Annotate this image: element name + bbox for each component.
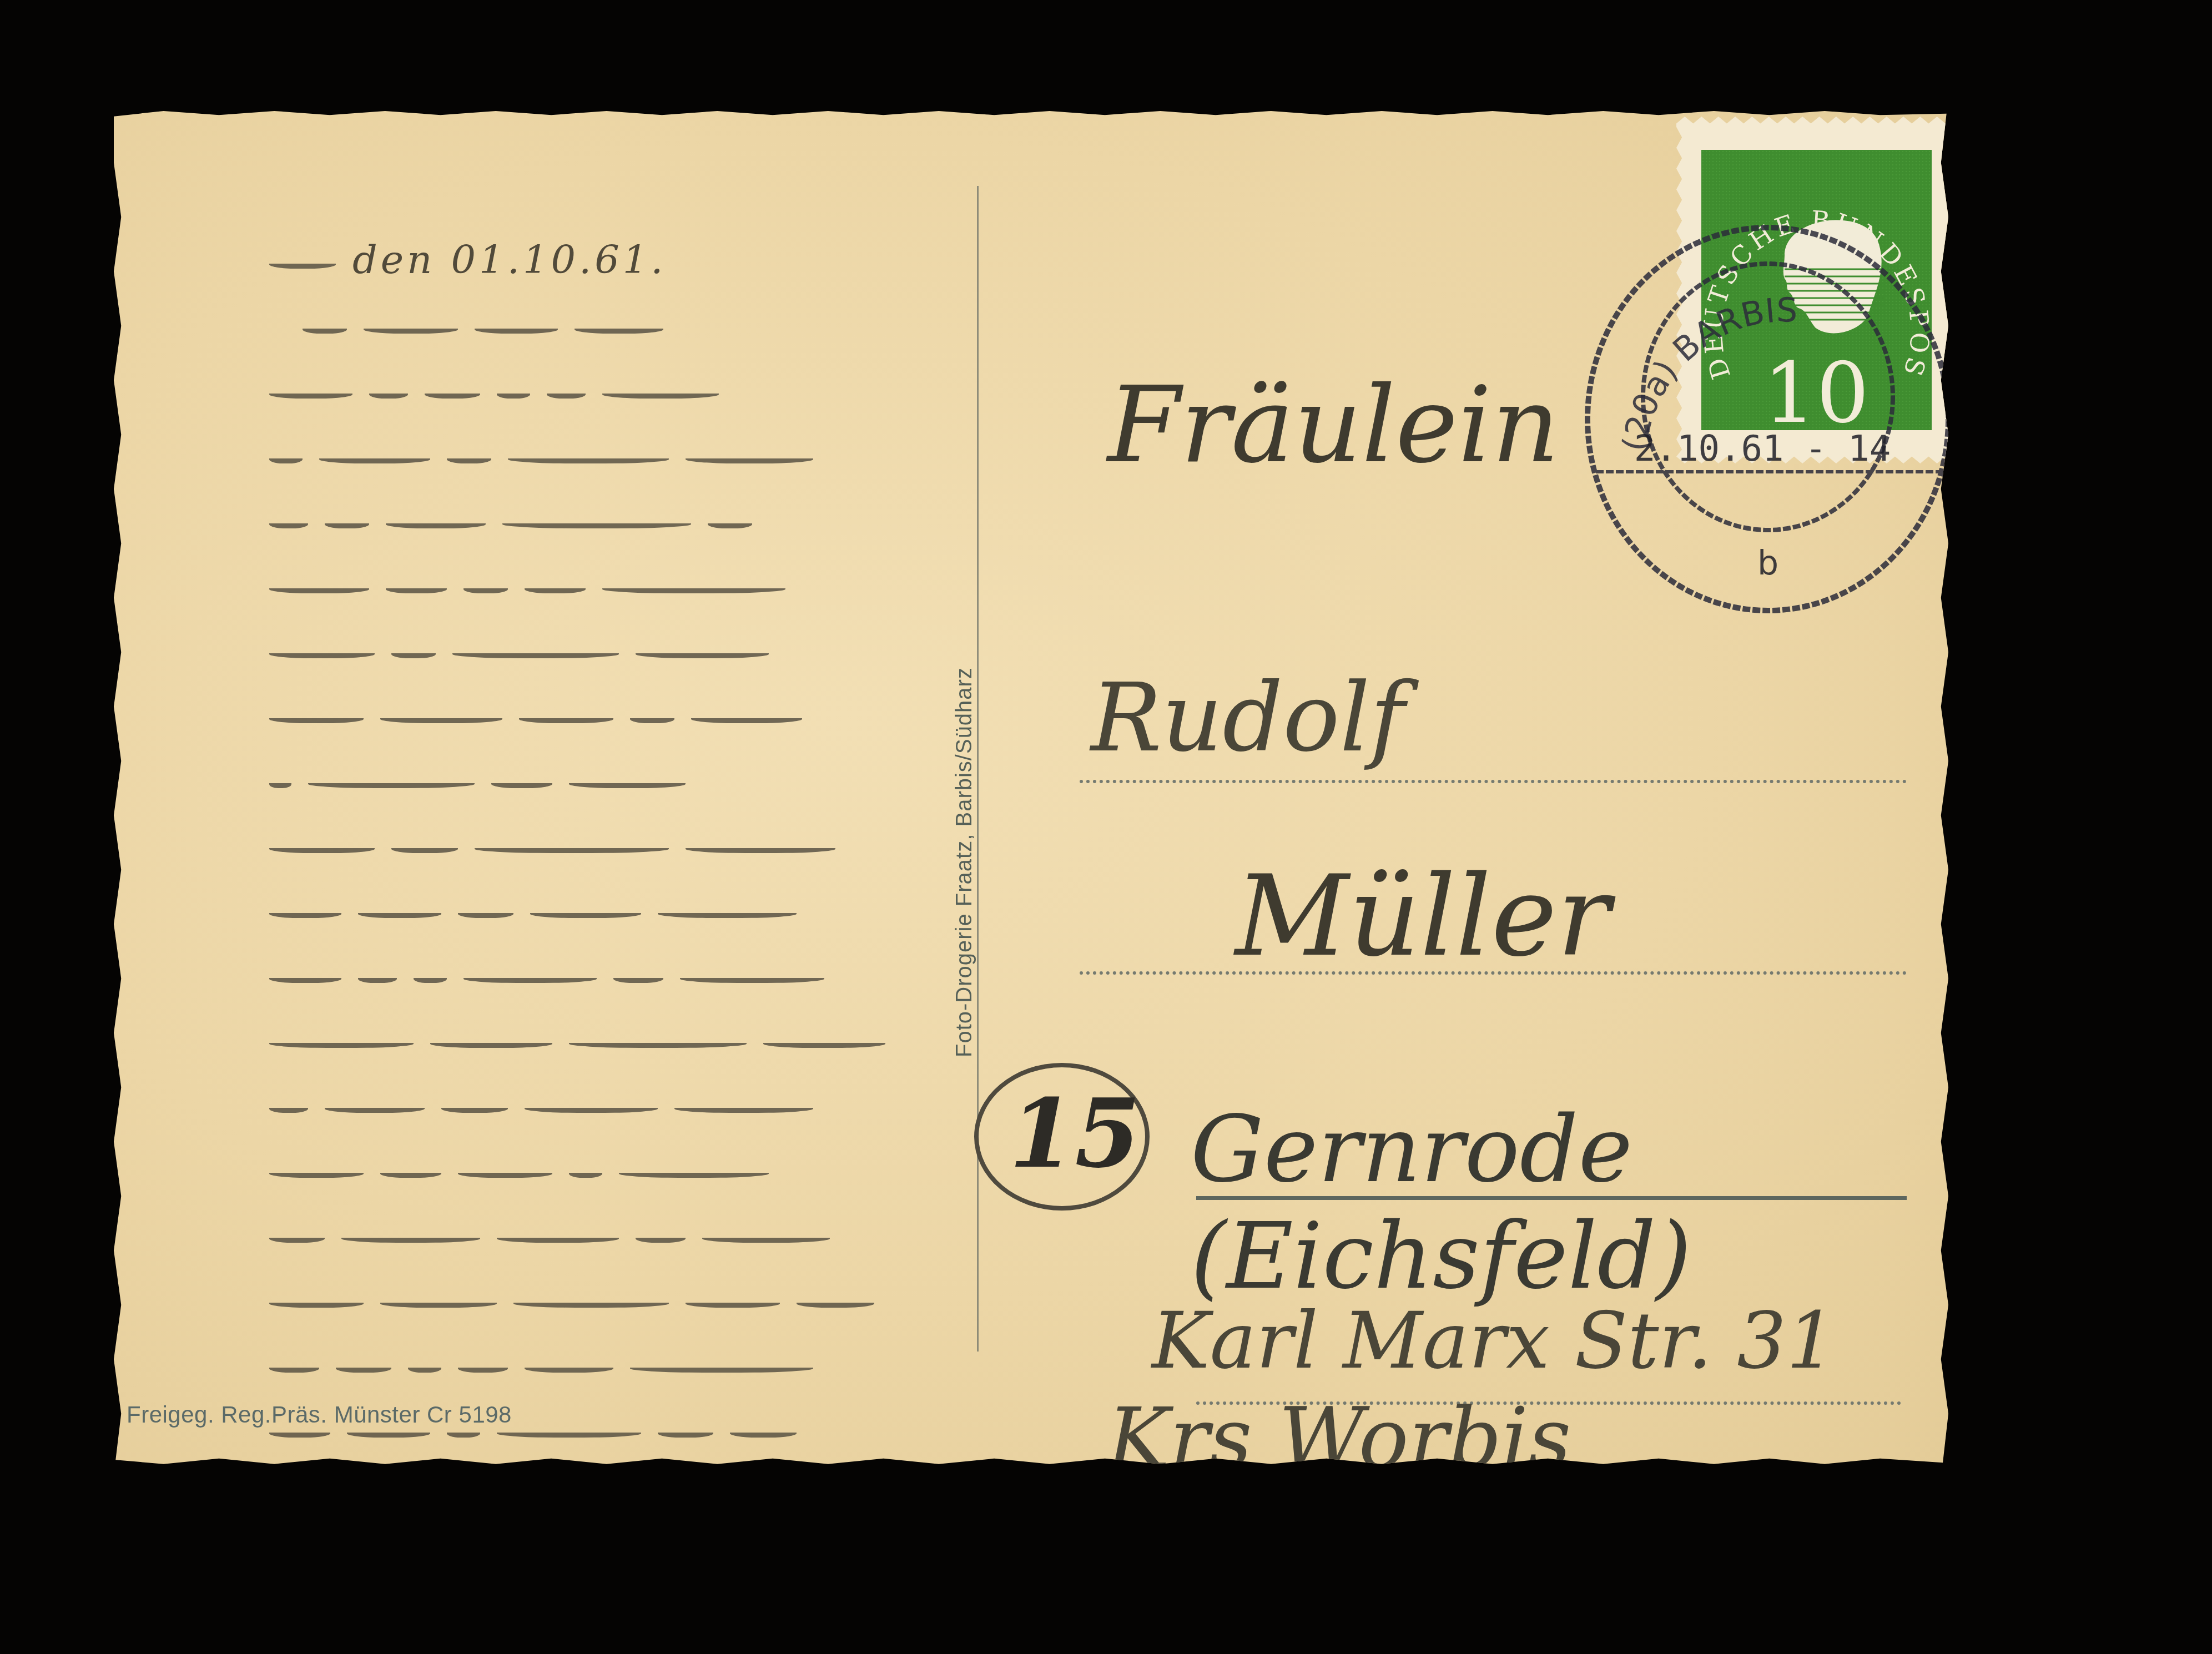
- message-line: [269, 747, 1069, 812]
- circled-number-mark: 15: [974, 1063, 1150, 1211]
- photographer-imprint: Foto-Drogerie Fraatz, Barbis/Südharz: [952, 667, 977, 1057]
- address-salutation: Fräulein: [1107, 364, 1560, 486]
- message-line: [269, 877, 1069, 942]
- address-rule: [1080, 780, 1907, 783]
- svg-text:b: b: [1757, 544, 1778, 583]
- divider-line: [977, 186, 979, 1352]
- message-line: [269, 422, 1069, 487]
- message-line: [269, 617, 1069, 682]
- address-street: Karl Marx Str. 31: [1152, 1296, 1836, 1386]
- message-line: [269, 1332, 1069, 1396]
- address-first-name: Rudolf: [1091, 663, 1405, 773]
- svg-text:2.10.61 - 14: 2.10.61 - 14: [1634, 428, 1891, 470]
- handwritten-message: den 01.10.61.: [269, 228, 1069, 1526]
- message-line: [269, 1072, 1069, 1137]
- postmark: (20a) BARBIS 2.10.61 - 14 b: [1563, 214, 1973, 624]
- message-line: [269, 1461, 1069, 1526]
- message-line: [269, 357, 1069, 422]
- message-line: [269, 1202, 1069, 1267]
- address-town: Gernrode (Eichsfeld): [1191, 1096, 1954, 1309]
- circled-number: 15: [1009, 1078, 1141, 1189]
- address-district: Krs Worbis: [1107, 1390, 1571, 1487]
- approval-imprint: Freigeg. Reg.Präs. Münster Cr 5198: [127, 1401, 512, 1428]
- message-line: [269, 942, 1069, 1007]
- message-line: [269, 1137, 1069, 1202]
- message-line: [269, 487, 1069, 552]
- address-last-name: Müller: [1235, 852, 1610, 981]
- postcard: den 01.10.61. Foto-Drogerie Fraatz, Barb…: [108, 108, 1954, 1468]
- message-line: [269, 812, 1069, 877]
- message-line: [269, 552, 1069, 617]
- message-date-line: den 01.10.61.: [269, 228, 1069, 293]
- message-line: [269, 293, 1069, 357]
- message-line: [269, 1007, 1069, 1072]
- message-line: [269, 1267, 1069, 1332]
- message-line: [269, 682, 1069, 747]
- message-date: den 01.10.61.: [352, 237, 667, 283]
